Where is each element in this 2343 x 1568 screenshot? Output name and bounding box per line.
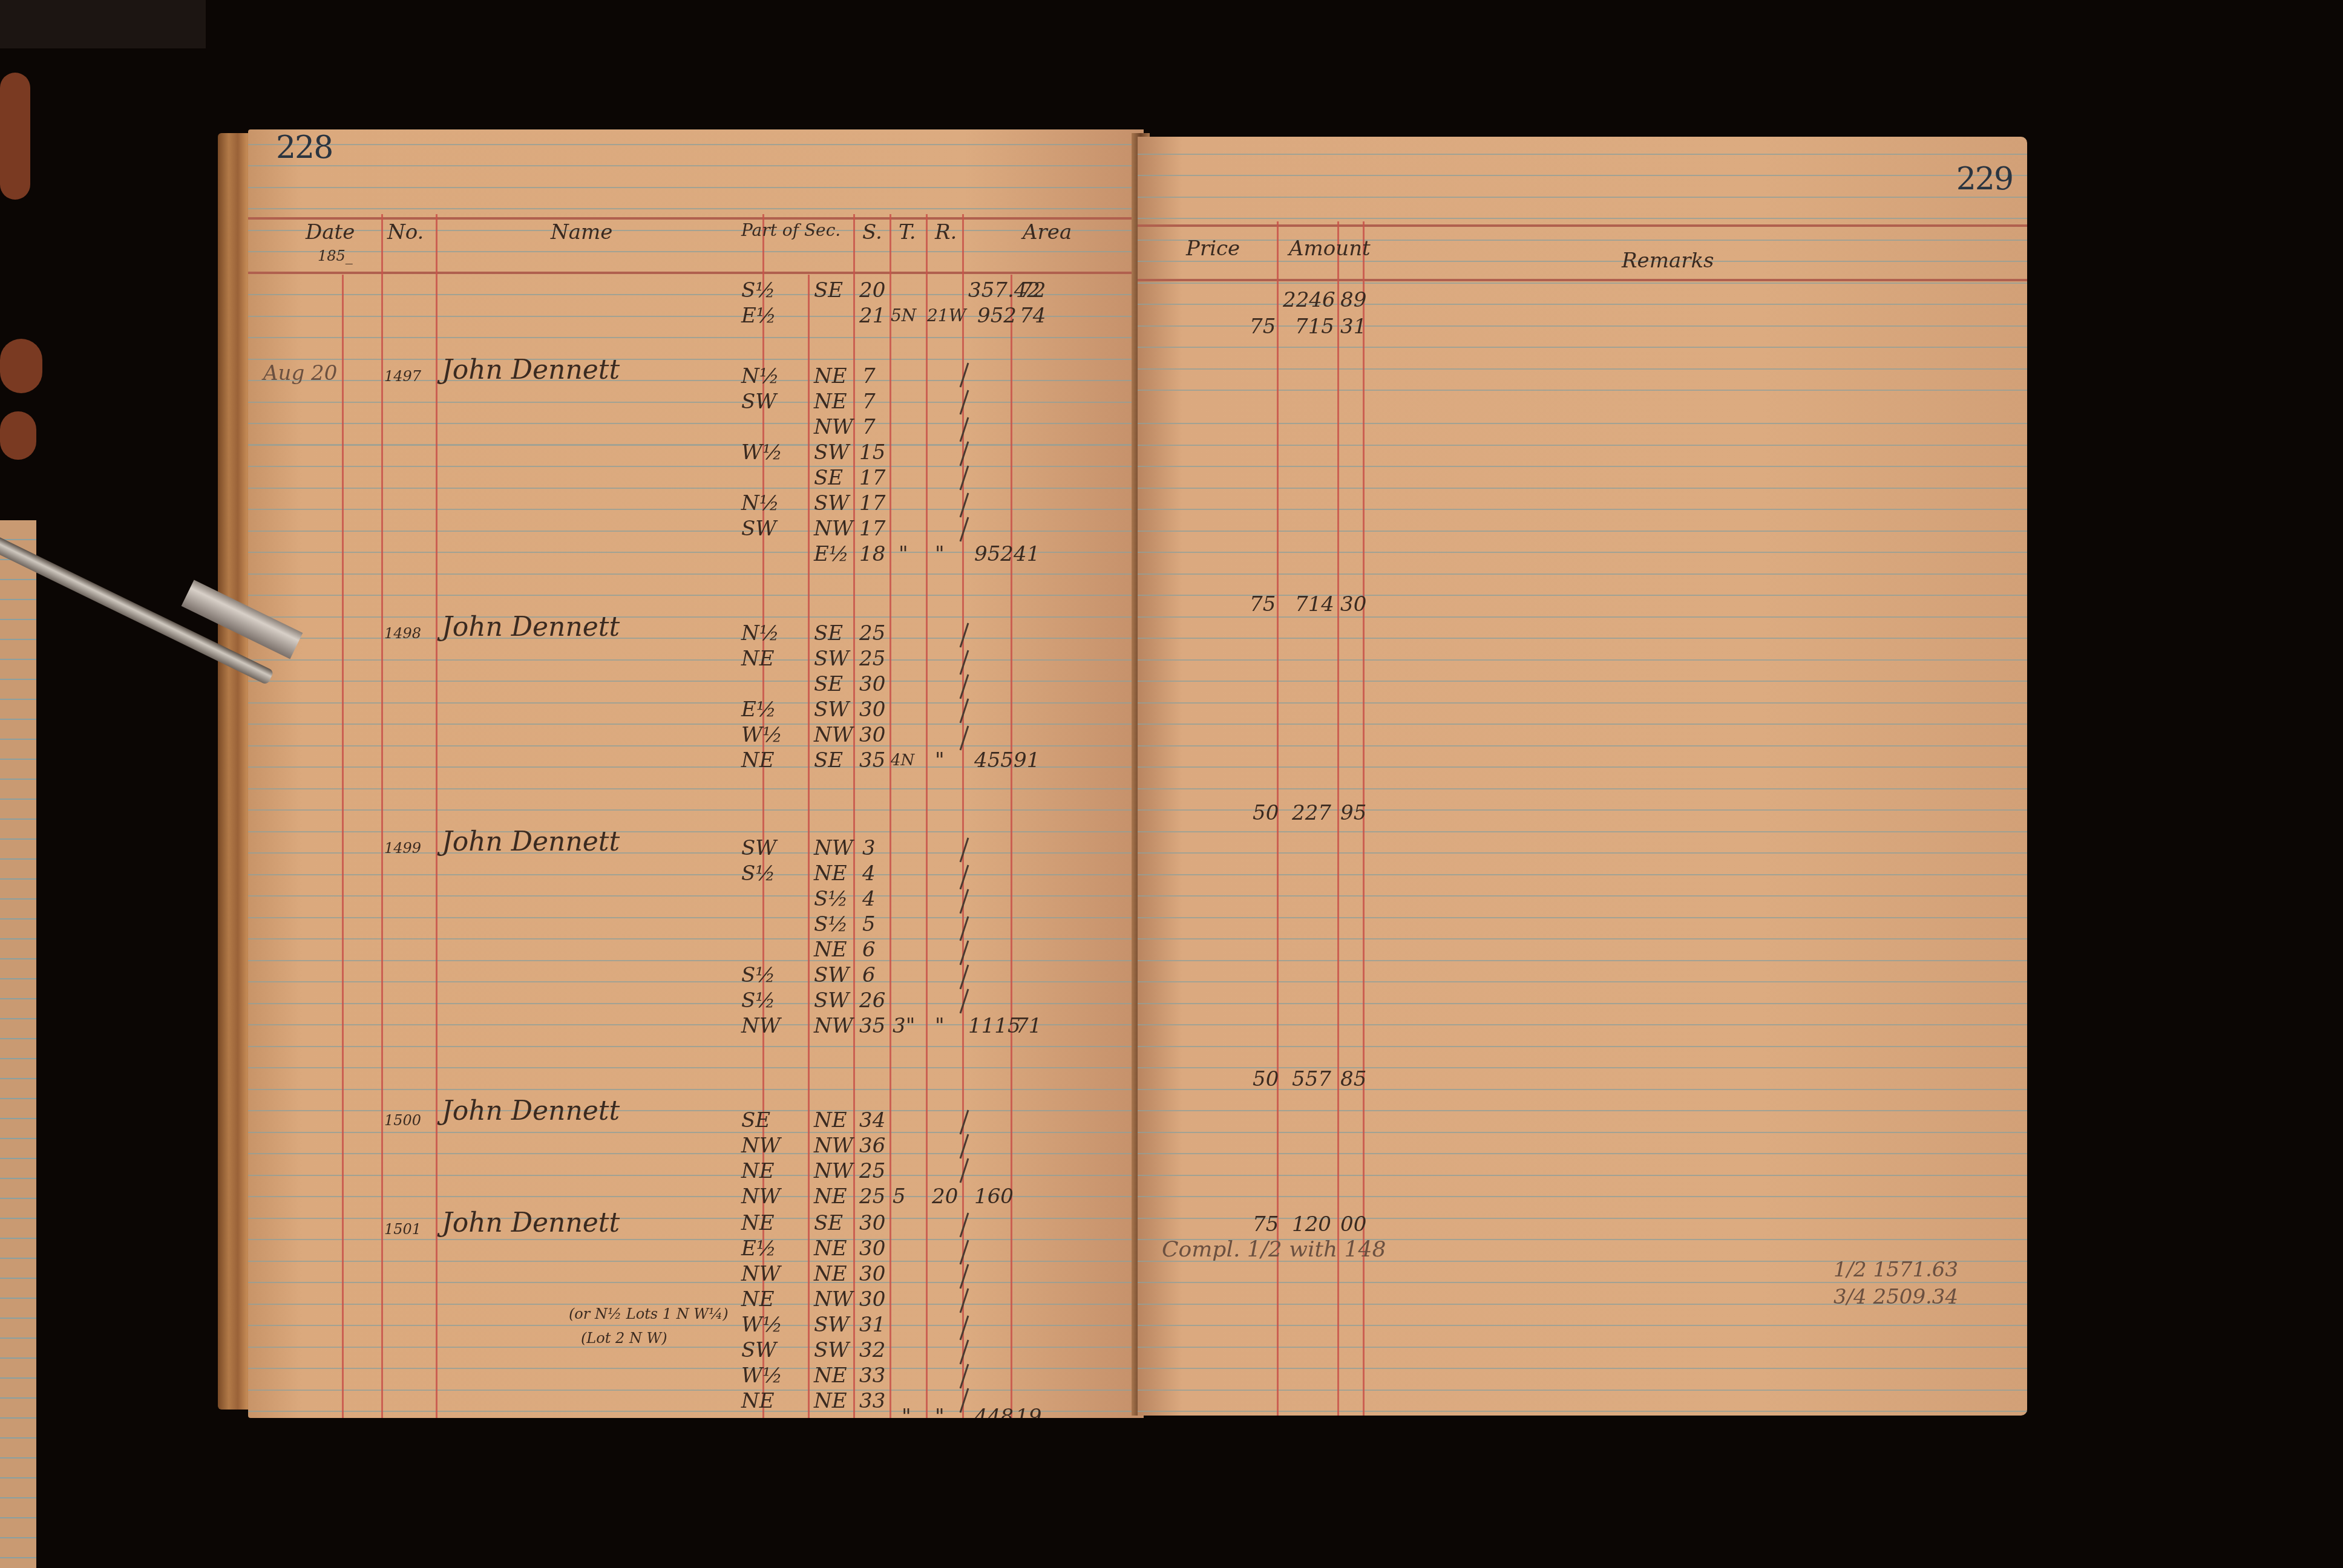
hand-finger [0, 339, 42, 393]
right-page: 229 Price Amount Remarks 2246 89 75 715 … [1138, 137, 2027, 1416]
column-divider [1337, 221, 1339, 1416]
header-top-rule [1138, 224, 2027, 227]
header-no: No. [387, 220, 424, 244]
entry-number: 1498 [384, 622, 421, 644]
column-divider [962, 214, 964, 1418]
header-remarks: Remarks [1622, 249, 1714, 273]
column-divider [381, 214, 383, 1418]
page-number-right: 229 [1956, 161, 2013, 197]
column-divider [1011, 275, 1012, 1418]
header-bottom-rule [1138, 279, 2027, 281]
entry-number: 1501 [384, 1218, 421, 1240]
header-township: T. [899, 220, 916, 244]
header-section: S. [862, 220, 882, 244]
header-year: 185_ [318, 247, 353, 264]
hand-finger [0, 73, 30, 200]
column-divider [853, 214, 855, 1418]
dark-object-top-left [0, 0, 206, 48]
column-divider [342, 275, 344, 1418]
margin-note: 1/2 1571.63 [1833, 1259, 1958, 1281]
header-range: R. [935, 220, 957, 244]
left-page: 228 Date 185_ No. Name Part of Sec. S. T… [248, 129, 1144, 1418]
header-price: Price [1186, 237, 1240, 261]
header-name: Name [551, 220, 612, 244]
header-amount: Amount [1289, 237, 1371, 261]
header-date: Date [306, 220, 355, 244]
column-divider [808, 275, 810, 1418]
entry-name: John Dennett [442, 359, 620, 381]
page-number-left: 228 [276, 129, 332, 166]
hand-finger [0, 411, 36, 460]
entry-date: Aug 20 [263, 362, 337, 384]
entry-number: 1500 [384, 1109, 421, 1131]
entry-name: John Dennett [442, 1100, 620, 1122]
column-divider [436, 214, 437, 1418]
header-part-of-sec: Part of Sec. [741, 220, 841, 240]
column-divider [890, 214, 891, 1418]
entry-name: John Dennett [442, 616, 620, 638]
pencil-note: Compl. 1/2 with 148 [1162, 1239, 1386, 1261]
lot-note: (Lot 2 N W) [581, 1327, 667, 1349]
column-divider [926, 214, 928, 1418]
entry-number: 1497 [384, 365, 421, 387]
entry-number: 1499 [384, 837, 421, 859]
entry-name: John Dennett [442, 831, 620, 853]
loose-adjacent-page [0, 520, 36, 1568]
entry-name: John Dennett [442, 1212, 620, 1234]
margin-note: 3/4 2509.34 [1833, 1286, 1958, 1308]
header-area: Area [1023, 220, 1072, 244]
lot-note: (or N½ Lots 1 N W¼) [569, 1303, 729, 1325]
